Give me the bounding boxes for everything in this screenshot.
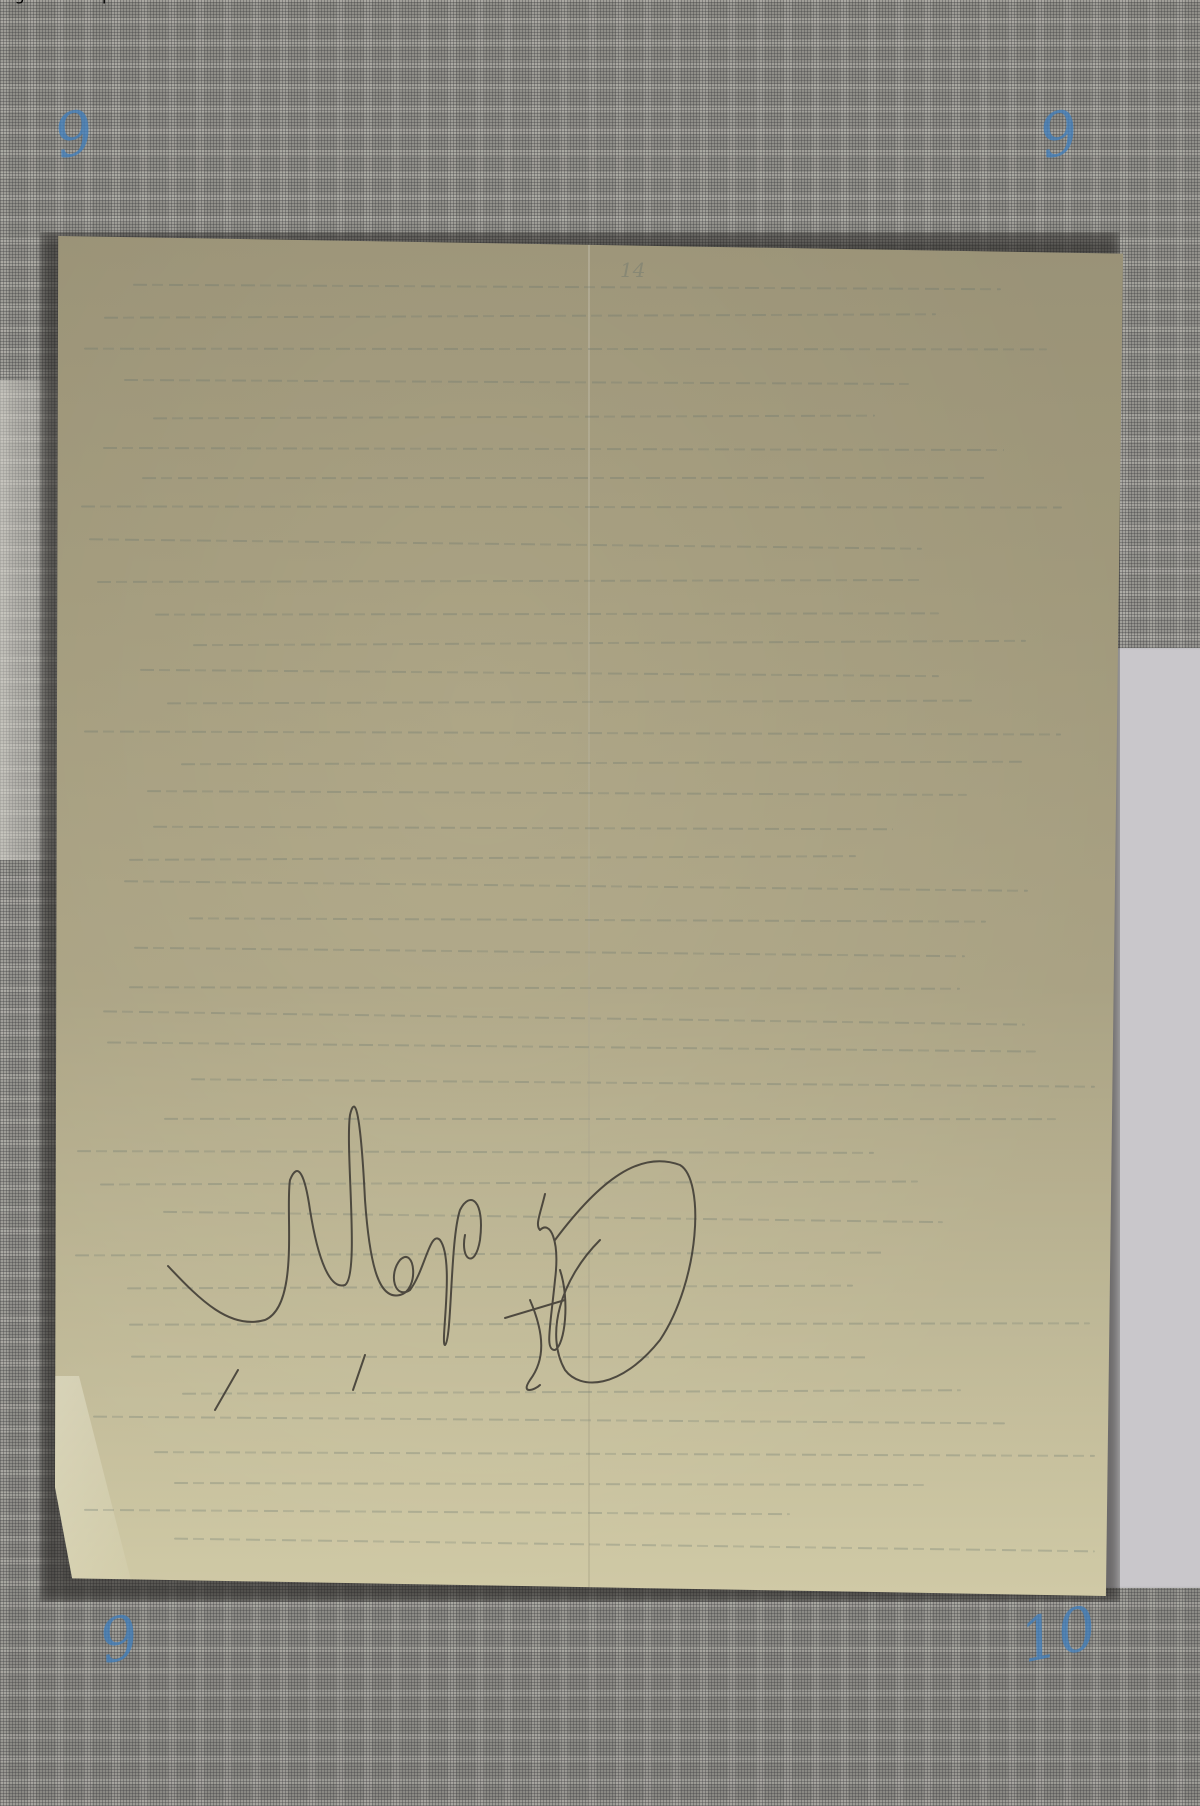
text-line <box>153 826 893 831</box>
text-line <box>153 415 875 420</box>
corner-mark-bottom-left: 9 <box>93 1602 145 1678</box>
corner-mark-bottom-right: 10 <box>1014 1593 1103 1677</box>
text-line <box>84 1509 790 1515</box>
text-line <box>140 669 939 677</box>
text-line <box>84 348 1047 351</box>
text-line <box>129 855 856 861</box>
page-number: 14 <box>620 258 645 282</box>
text-line <box>181 761 1022 765</box>
text-line <box>89 538 922 549</box>
text-line <box>75 1252 882 1257</box>
text-line <box>163 1211 943 1223</box>
text-line <box>191 1078 1095 1087</box>
text-line <box>174 1538 1095 1553</box>
text-line <box>124 880 1028 892</box>
text-line <box>81 505 1062 508</box>
text-line <box>127 1285 853 1290</box>
text-line <box>103 1010 1025 1025</box>
text-line <box>193 640 1026 646</box>
text-line <box>93 1416 1005 1425</box>
text-line <box>164 1118 1056 1120</box>
text-line <box>103 447 1004 451</box>
corner-mark-top-left: 9 <box>48 97 100 173</box>
text-line <box>129 1322 1090 1325</box>
text-line <box>129 986 960 990</box>
signature-label: Signature in pencil <box>0 0 150 4</box>
text-line <box>107 1041 1036 1052</box>
text-line <box>147 790 967 796</box>
text-line <box>134 947 965 958</box>
text-line <box>167 700 972 705</box>
text-line <box>124 379 909 385</box>
text-line <box>142 477 988 479</box>
text-line <box>84 730 1061 735</box>
text-line <box>189 917 986 922</box>
text-line <box>100 1181 918 1186</box>
text-line <box>155 612 939 615</box>
document-page: Faded handwritten text (bleed-through), … <box>55 236 1123 1596</box>
text-line <box>154 1451 1095 1457</box>
text-line <box>104 313 936 318</box>
handwritten-text-bleed-through <box>55 236 1123 1596</box>
text-line <box>97 579 922 583</box>
text-line <box>174 1482 924 1486</box>
text-line <box>133 284 1001 290</box>
corner-mark-top-right: 9 <box>1033 97 1085 173</box>
text-line <box>77 1150 874 1154</box>
text-line <box>182 1389 961 1395</box>
text-line <box>131 1356 868 1359</box>
